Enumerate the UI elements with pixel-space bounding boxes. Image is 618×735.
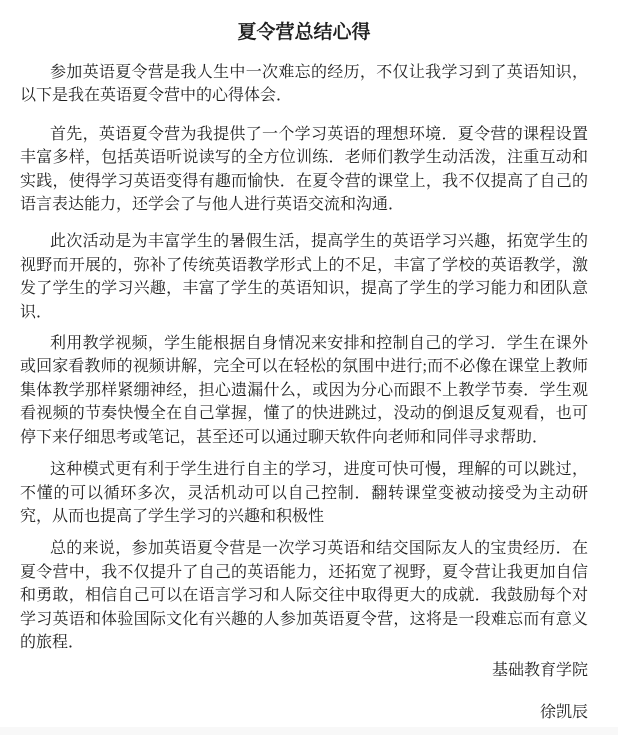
paragraph-activity-purpose: 此次活动是为丰富学生的暑假生活，提高学生的英语学习兴趣，拓宽学生的视野而开展的，… [20,230,588,324]
paragraph-ideal-environment: 首先，英语夏令营为我提供了一个学习英语的理想环境．夏令营的课程设置丰富多样，包括… [20,123,588,217]
paragraph-conclusion: 总的来说，参加英语夏令营是一次学习英语和结交国际友人的宝贵经历．在夏令营中，我不… [20,537,588,654]
paragraph-teaching-videos: 利用教学视频，学生能根据自身情况来安排和控制自己的学习．学生在课外或回家看教师的… [20,332,588,449]
document-page: 夏令营总结心得 参加英语夏令营是我人生中一次难忘的经历，不仅让我学习到了英语知识… [0,0,618,735]
document-content: 夏令营总结心得 参加英语夏令营是我人生中一次难忘的经历，不仅让我学习到了英语知识… [0,0,618,724]
signature-organization: 基础教育学院 [20,659,588,682]
paragraph-self-directed-learning: 这种模式更有利于学生进行自主的学习，进度可快可慢，理解的可以跳过，不懂的可以循环… [20,458,588,528]
signature-author: 徐凯辰 [20,701,588,724]
document-title: 夏令营总结心得 [20,20,588,46]
document-title-text: 夏令营总结心得 [237,22,370,43]
page-bottom-edge [0,727,618,735]
paragraph-intro: 参加英语夏令营是我人生中一次难忘的经历，不仅让我学习到了英语知识，以下是我在英语… [20,61,588,108]
